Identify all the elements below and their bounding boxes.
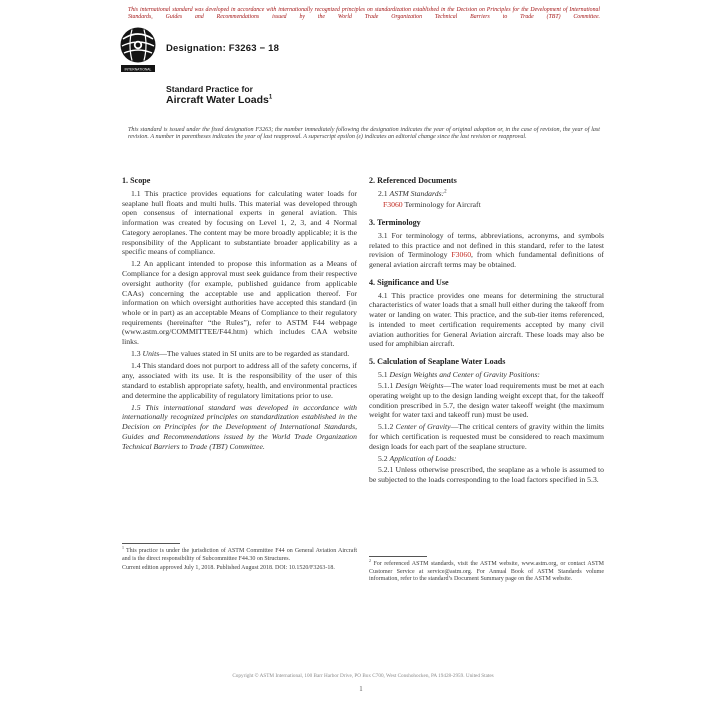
footnote-1: 1 This practice is under the jurisdictio… xyxy=(122,543,357,575)
footnote-1-jurisdiction: 1 This practice is under the jurisdictio… xyxy=(122,548,357,563)
paragraph-5-2-1: 5.2.1 Unless otherwise prescribed, the s… xyxy=(369,465,604,484)
astm-logo: INTERNATIONAL xyxy=(116,26,160,81)
title-kind: Standard Practice for xyxy=(166,84,272,94)
document-page: This international standard was develope… xyxy=(0,0,722,722)
paragraph-1-2: 1.2 An applicant intended to propose thi… xyxy=(122,259,357,346)
paragraph-1-3: 1.3 Units—The values stated in SI units … xyxy=(122,349,357,359)
paragraph-2-1: 2.1 ASTM Standards:2 xyxy=(369,189,604,199)
heading-significance-and-use: 4. Significance and Use xyxy=(369,278,604,288)
footnote-2-marker: 2 xyxy=(444,189,447,194)
body-columns: 1. Scope 1.1 This practice provides equa… xyxy=(122,176,604,487)
copyright-line: Copyright © ASTM International, 100 Barr… xyxy=(122,673,604,679)
issue-note: This standard is issued under the fixed … xyxy=(128,127,600,141)
wto-tbt-notice: This international standard was develope… xyxy=(128,7,600,28)
left-column: 1. Scope 1.1 This practice provides equa… xyxy=(122,176,357,487)
footnote-rule-left xyxy=(122,543,180,544)
astm-globe-icon: INTERNATIONAL xyxy=(118,26,158,76)
footnote-1-edition: Current edition approved July 1, 2018. P… xyxy=(122,565,357,573)
paragraph-4-1: 4.1 This practice provides one means for… xyxy=(369,291,604,349)
designation-label: Designation: F3263 − 18 xyxy=(166,43,279,54)
f3060-link[interactable]: F3060 xyxy=(383,200,403,209)
right-column: 2. Referenced Documents 2.1 ASTM Standar… xyxy=(369,176,604,487)
footnote-2-text: 2 For referenced ASTM standards, visit t… xyxy=(369,561,604,584)
footnote-2: 2 For referenced ASTM standards, visit t… xyxy=(369,556,604,586)
astm-logo-subtitle: INTERNATIONAL xyxy=(125,67,152,71)
paragraph-5-2: 5.2 Application of Loads: xyxy=(369,454,604,464)
referenced-standard-f3060: F3060 Terminology for Aircraft xyxy=(369,200,604,210)
heading-referenced-documents: 2. Referenced Documents xyxy=(369,176,604,186)
footnote-rule-right xyxy=(369,556,427,557)
page-number: 1 xyxy=(0,686,722,693)
title-subject: Aircraft Water Loads1 xyxy=(166,94,272,106)
paragraph-5-1: 5.1 Design Weights and Center of Gravity… xyxy=(369,370,604,380)
paragraph-1-4: 1.4 This standard does not purport to ad… xyxy=(122,361,357,400)
title-footnote-marker: 1 xyxy=(269,95,272,101)
heading-calculation-water-loads: 5. Calculation of Seaplane Water Loads xyxy=(369,357,604,367)
heading-terminology: 3. Terminology xyxy=(369,218,604,228)
paragraph-1-5: 1.5 This international standard was deve… xyxy=(122,403,357,452)
paragraph-5-1-2: 5.1.2 Center of Gravity—The critical cen… xyxy=(369,422,604,451)
document-title: Standard Practice for Aircraft Water Loa… xyxy=(166,84,272,106)
paragraph-5-1-1: 5.1.1 Design Weights—The water load requ… xyxy=(369,381,604,420)
heading-scope: 1. Scope xyxy=(122,176,357,186)
paragraph-3-1: 3.1 For terminology of terms, abbreviati… xyxy=(369,231,604,270)
paragraph-1-1: 1.1 This practice provides equations for… xyxy=(122,189,357,257)
f3060-inline-link[interactable]: F3060 xyxy=(451,250,471,259)
